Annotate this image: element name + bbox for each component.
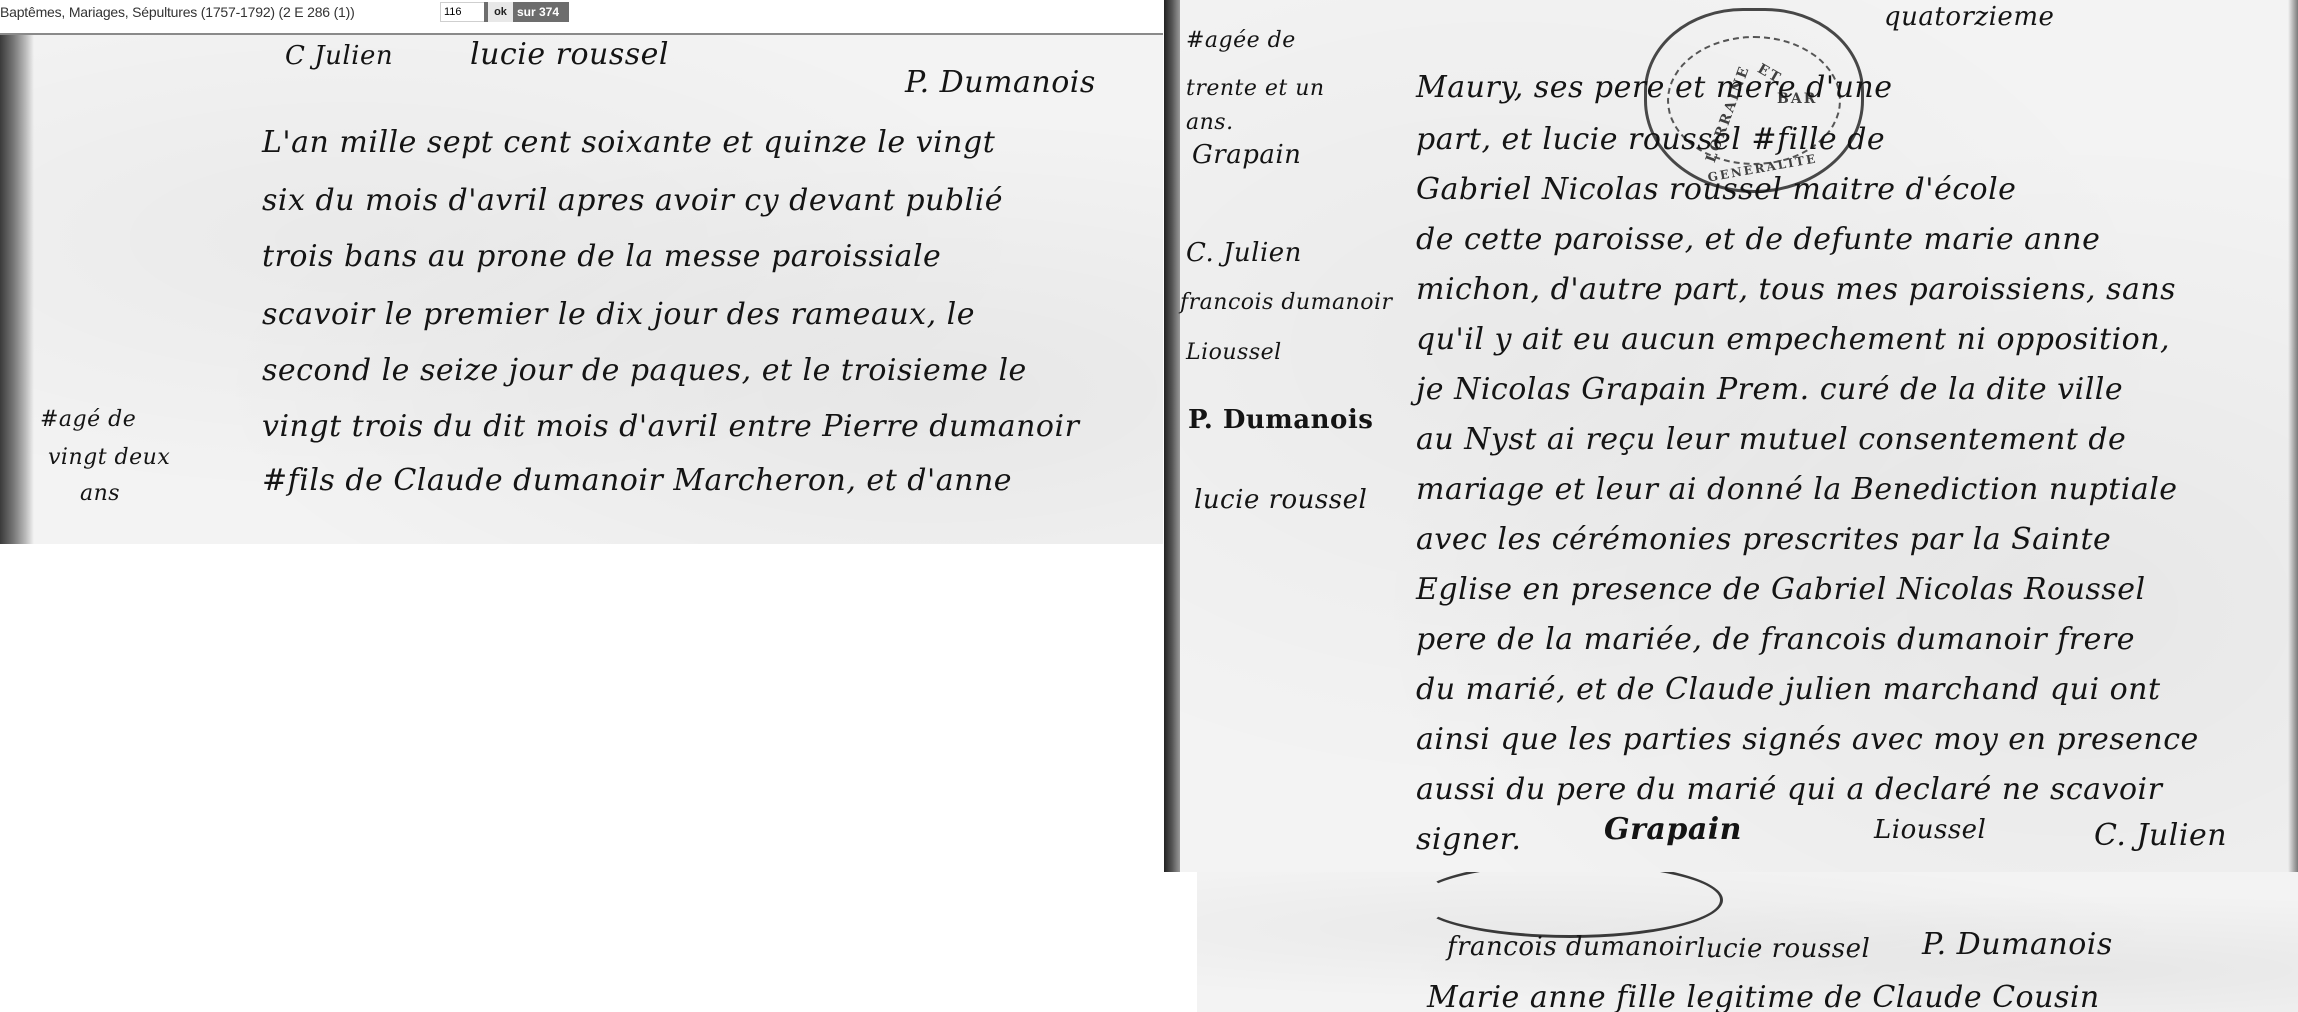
text-line: avec les cérémonies prescrites par la Sa…: [1416, 522, 2111, 557]
page-spine-shadow: [0, 35, 34, 544]
scan-image-right-lower[interactable]: francois dumanoir lucie roussel P. Duman…: [1197, 872, 2298, 1012]
margin-signature: Lioussel: [1186, 340, 1282, 365]
text-line: #fils de Claude dumanoir Marcheron, et d…: [262, 463, 1012, 498]
margin-signature: lucie roussel: [1194, 485, 1367, 515]
signature: P. Dumanois: [905, 65, 1096, 100]
text-line: Maury, ses pere et mere d'une: [1416, 70, 1893, 105]
text-line: signer.: [1416, 822, 1521, 857]
margin-signature: C. Julien: [1186, 238, 1302, 268]
margin-note: vingt deux: [48, 445, 170, 470]
text-line: second le seize jour de paques, et le tr…: [262, 353, 1027, 388]
text-line: aussi du pere du marié qui a declaré ne …: [1416, 772, 2163, 807]
margin-note: #agée de: [1186, 28, 1296, 53]
text-line: six du mois d'avril apres avoir cy devan…: [262, 183, 1003, 218]
document-title: Baptêmes, Mariages, Sépultures (1757-179…: [0, 4, 355, 20]
margin-signature: francois dumanoir: [1180, 290, 1393, 315]
margin-note: ans: [80, 481, 120, 506]
text-line: du marié, et de Claude julien marchand q…: [1416, 672, 2161, 707]
signature: Lioussel: [1874, 815, 1986, 845]
margin-signature: Grapain: [1192, 140, 1301, 170]
scan-image-right[interactable]: quatorzieme LORRAINE ET BAR GENERALITE #…: [1164, 0, 2298, 872]
text-line: part, et lucie roussel #fille de: [1416, 122, 1885, 157]
signature-flourish: [1417, 872, 1723, 938]
text-line: mariage et leur ai donné la Benediction …: [1416, 472, 2178, 507]
page-edge-shadow: [2288, 0, 2298, 872]
text-line: de cette paroisse, et de defunte marie a…: [1416, 222, 2100, 257]
signature: Grapain: [1604, 812, 1742, 847]
text-line: je Nicolas Grapain Prem. curé de la dite…: [1416, 372, 2123, 407]
margin-signature: P. Dumanois: [1188, 405, 1373, 435]
text-line: qu'il y ait eu aucun empechement ni oppo…: [1416, 322, 2170, 357]
text-line: L'an mille sept cent soixante et quinze …: [262, 125, 995, 160]
page-number-input[interactable]: [440, 2, 484, 22]
text-line: au Nyst ai reçu leur mutuel consentement…: [1416, 422, 2126, 457]
margin-note: #agé de: [40, 407, 136, 432]
signature: lucie roussel: [470, 37, 669, 72]
signature: C Julien: [285, 41, 393, 71]
scan-image-left[interactable]: C Julien lucie roussel P. Dumanois L'an …: [0, 33, 1163, 544]
text-line: Marie anne fille legitime de Claude Cous…: [1427, 980, 2100, 1012]
text-line: pere de la mariée, de francois dumanoir …: [1416, 622, 2135, 657]
text-line: Gabriel Nicolas roussel maitre d'école: [1416, 172, 2016, 207]
total-pages-label: sur 374: [513, 2, 569, 22]
text-line: trois bans au prone de la messe paroissi…: [262, 239, 941, 274]
signature: lucie roussel: [1697, 934, 1870, 964]
margin-note: ans.: [1186, 110, 1234, 135]
viewer-toolbar: Baptêmes, Mariages, Sépultures (1757-179…: [0, 0, 1164, 30]
text-line: Eglise en presence de Gabriel Nicolas Ro…: [1416, 572, 2146, 607]
text-line: ainsi que les parties signés avec moy en…: [1416, 722, 2199, 757]
text-line: vingt trois du dit mois d'avril entre Pi…: [262, 409, 1079, 444]
signature: francois dumanoir: [1447, 932, 1697, 962]
margin-note: trente et un: [1186, 76, 1325, 101]
signature: C. Julien: [2094, 818, 2227, 853]
signature: P. Dumanois: [1922, 927, 2113, 962]
header-note: quatorzieme: [1884, 2, 2054, 32]
go-to-page-button[interactable]: ok: [484, 2, 513, 22]
text-line: scavoir le premier le dix jour des ramea…: [262, 297, 975, 332]
text-line: michon, d'autre part, tous mes paroissie…: [1416, 272, 2176, 307]
page-spine-shadow: [1164, 0, 1180, 872]
